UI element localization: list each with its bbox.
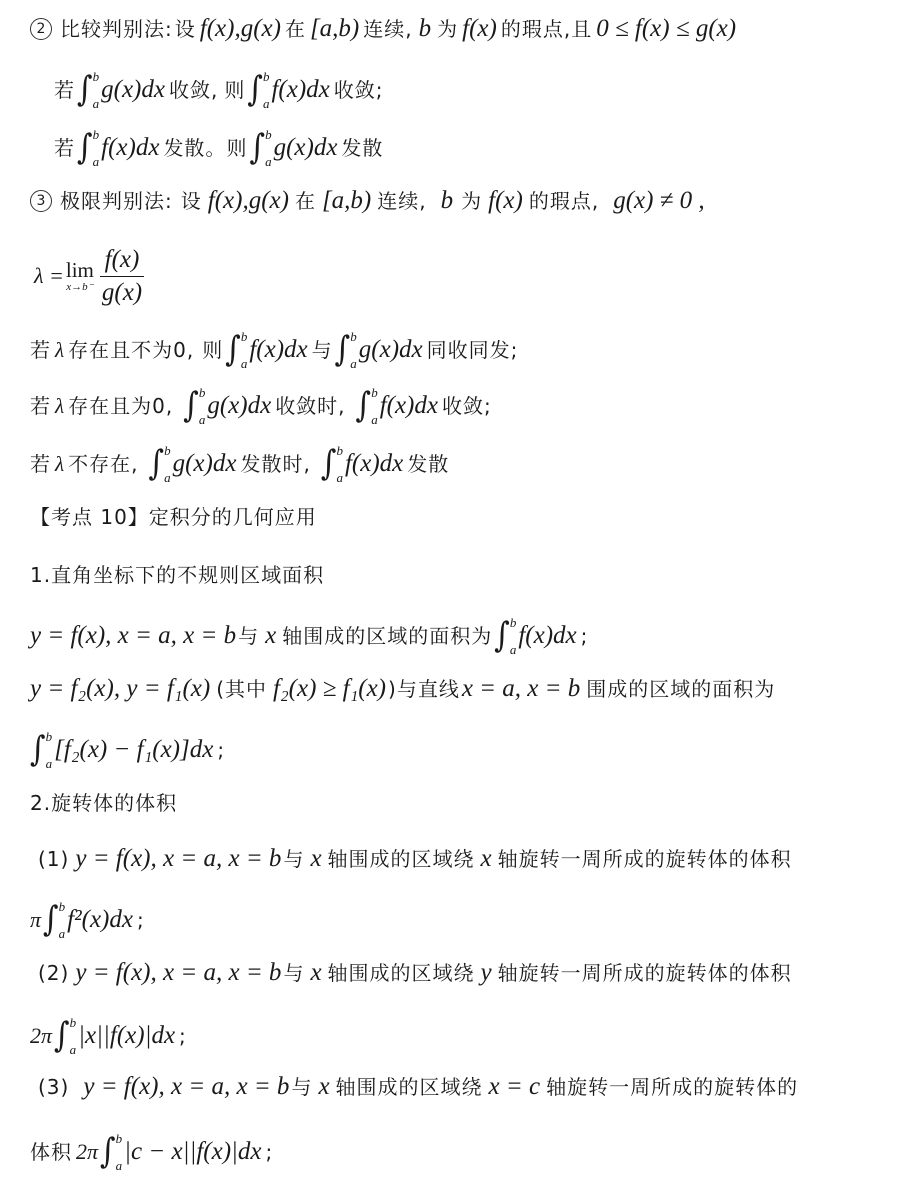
circled-number-3: 3 xyxy=(30,190,52,212)
integral-sign: ∫ba xyxy=(494,616,516,656)
limit-test-header: 3 极限判别法: 设 f(x),g(x) 在 [a,b) 连续, b 为 f(x… xyxy=(30,186,705,216)
area-line-1: y = f(x), x = a, x = b 与 x 轴围成的区域的面积为 ∫b… xyxy=(30,616,588,656)
integral-sign: ∫ba xyxy=(77,70,99,110)
comparison-test-header: 2 比较判别法: 设 f(x),g(x) 在 [a,b) 连续, b 为 f(x… xyxy=(30,14,736,44)
math-condition: 0 ≤ f(x) ≤ g(x) xyxy=(596,14,736,44)
area-line-2: y = f₂(x), y = f₁(x) (其中 f₂(x) ≥ f₁(x) )… xyxy=(30,674,775,704)
integral-sign: ∫ba xyxy=(247,70,269,110)
integral-sign: ∫ba xyxy=(77,128,99,168)
integral-sign: ∫ba xyxy=(54,1016,76,1056)
area-subheading: 1.直角坐标下的不规则区域面积 xyxy=(30,560,324,590)
volume-formula-2: 2π ∫ba |x||f(x)|dx ; xyxy=(30,1016,187,1056)
comparison-rule-1: 若 ∫ba g(x)dx 收敛, 则 ∫ba f(x)dx 收敛; xyxy=(54,70,384,110)
volume-item-3: (3) y = f(x), x = a, x = b 与 x 轴围成的区域绕 x… xyxy=(38,1072,798,1102)
volume-item-2: (2) y = f(x), x = a, x = b 与 x 轴围成的区域绕 y… xyxy=(38,958,792,988)
integral-sign: ∫ba xyxy=(183,386,205,426)
integral-sign: ∫ba xyxy=(30,730,52,770)
limit-case-1: 若 λ 存在且不为0, 则 ∫ba f(x)dx 与 ∫ba g(x)dx 同收… xyxy=(30,330,518,370)
integral-sign: ∫ba xyxy=(356,386,378,426)
section-heading: 【考点 10】定积分的几何应用 xyxy=(30,502,317,532)
limit-case-2: 若 λ 存在且为0, ∫ba g(x)dx 收敛时, ∫ba f(x)dx 收敛… xyxy=(30,386,492,426)
integral-sign: ∫ba xyxy=(321,444,343,484)
area-line-3: ∫ba [f₂(x) − f₁(x)]dx ; xyxy=(30,730,225,770)
comparison-rule-2: 若 ∫ba f(x)dx 发散。 则 ∫ba g(x)dx 发散 xyxy=(54,128,383,168)
volume-subheading: 2.旋转体的体积 xyxy=(30,788,177,818)
integral-sign: ∫ba xyxy=(335,330,357,370)
math-interval: [a,b) xyxy=(310,14,359,44)
limit-operator: lim x→b⁻ xyxy=(66,259,94,293)
fraction: f(x) g(x) xyxy=(100,245,144,308)
volume-item-1: (1) y = f(x), x = a, x = b 与 x 轴围成的区域绕 x… xyxy=(38,844,792,874)
integral-sign: ∫ba xyxy=(100,1132,122,1172)
limit-test-title: 极限判别法: xyxy=(60,186,173,216)
integral-sign: ∫ba xyxy=(249,128,271,168)
circled-number-2: 2 xyxy=(30,18,52,40)
integral-sign: ∫ba xyxy=(225,330,247,370)
integral-sign: ∫ba xyxy=(148,444,170,484)
math-funcs: f(x),g(x) xyxy=(200,14,281,44)
comparison-test-title: 比较判别法: xyxy=(60,14,173,44)
integral-sign: ∫ba xyxy=(43,900,65,940)
lambda-definition: λ = lim x→b⁻ f(x) g(x) xyxy=(34,244,144,308)
volume-formula-1: π ∫ba f²(x)dx ; xyxy=(30,900,145,940)
limit-case-3: 若 λ 不存在, ∫ba g(x)dx 发散时, ∫ba f(x)dx 发散 xyxy=(30,444,449,484)
volume-formula-3: 体积 2π ∫ba |c − x||f(x)|dx ; xyxy=(30,1132,273,1172)
